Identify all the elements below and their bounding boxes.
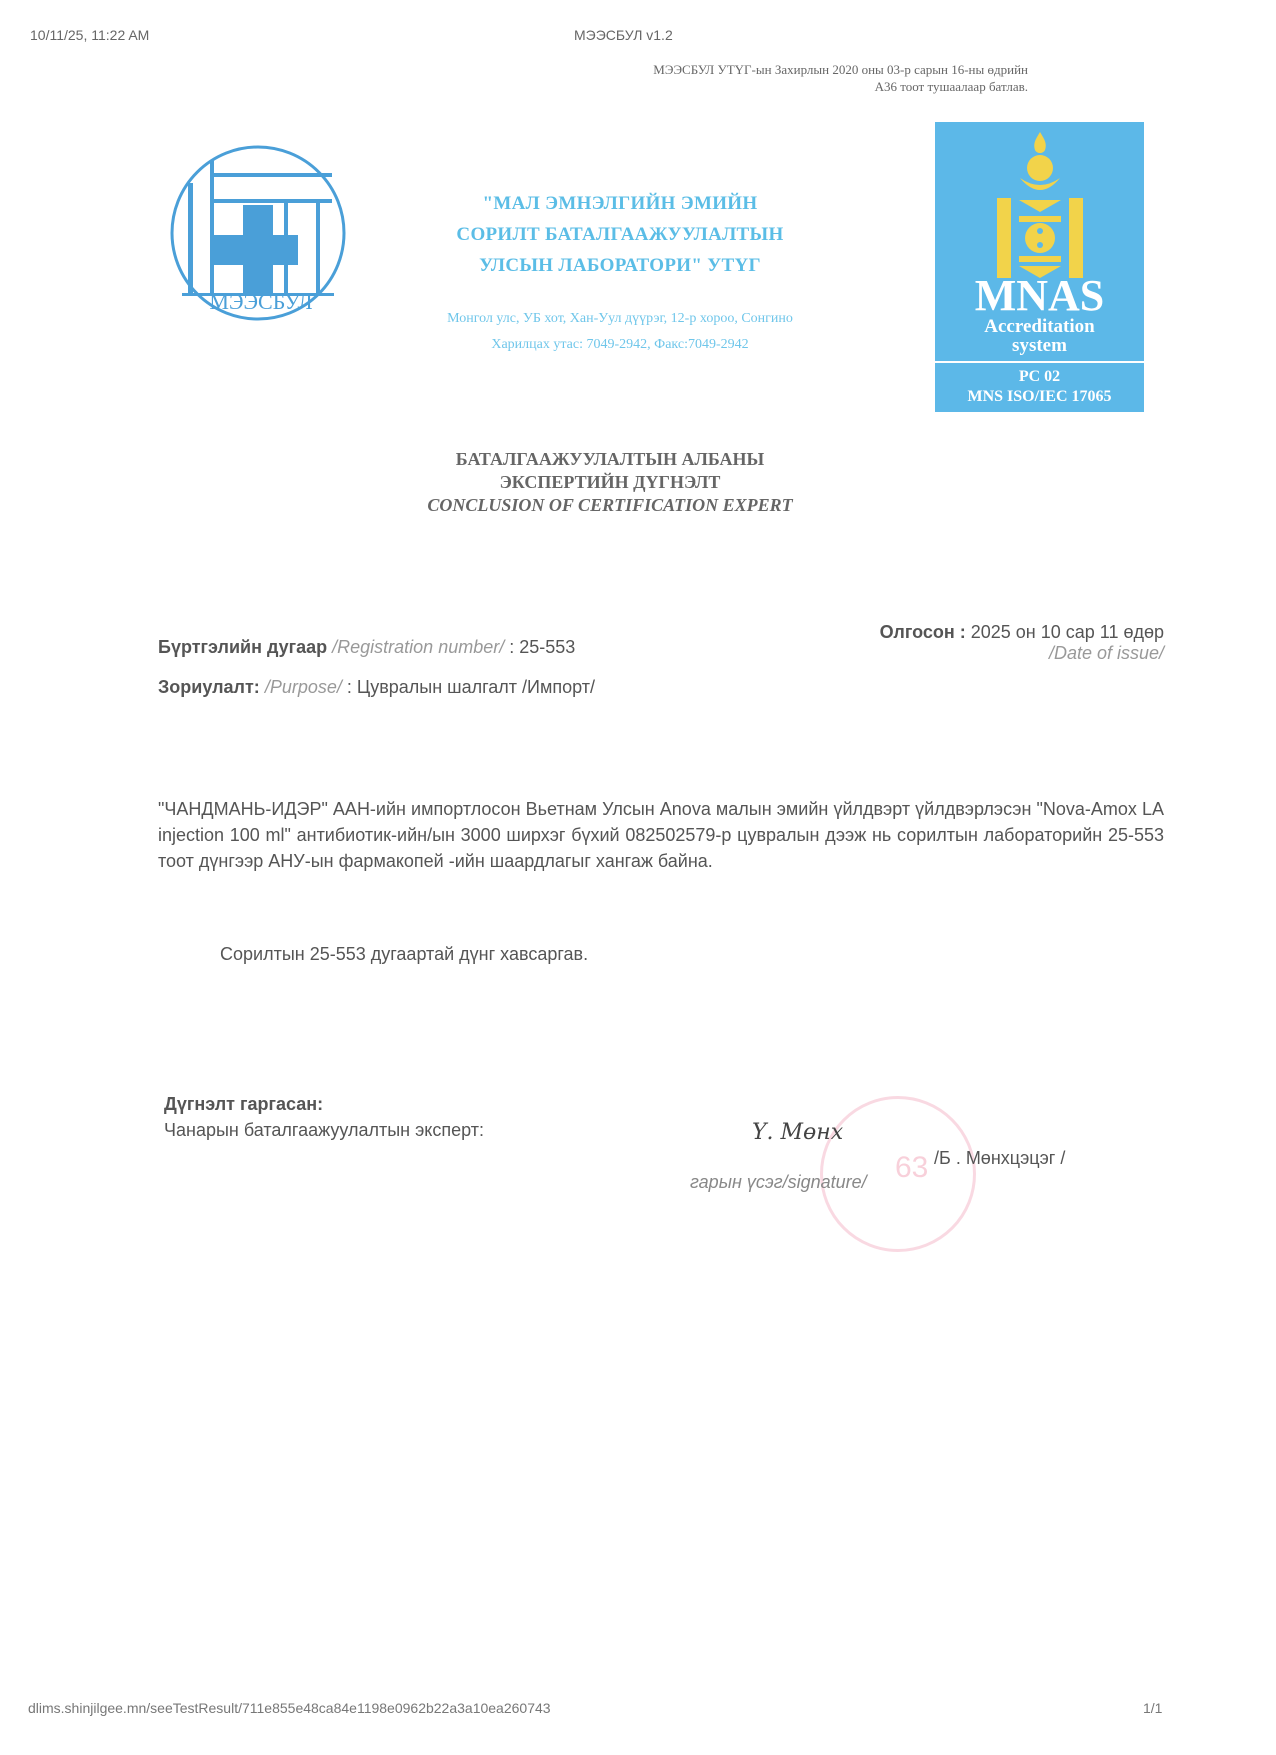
document-title: БАТАЛГААЖУУЛАЛТЫН АЛБАНЫ ЭКСПЕРТИЙН ДҮГН… [340,448,880,517]
page-number: 1/1 [1143,1700,1162,1716]
mnas-code: PC 02 [935,368,1144,386]
expert-role: Чанарын баталгаажуулалтын эксперт: [164,1120,484,1141]
mnas-accreditation-badge: MNAS Accreditation system PC 02 MNS ISO/… [935,122,1144,412]
purpose-label: Зориулалт: [158,677,260,697]
issued-label: Олгосон : [880,622,966,642]
issued-label-en: /Date of issue/ [1049,643,1164,663]
organization-logo: МЭЭСБУЛ [168,143,348,323]
org-phone-fax: Харилцах утас: 7049-2942, Факс:7049-2942 [400,332,840,358]
mnas-line2: system [935,336,1144,356]
registration-label-en: /Registration number/ [332,637,504,657]
signature-heading: Дүгнэлт гаргасан: [164,1094,323,1115]
mnas-name: MNAS [935,272,1144,320]
organization-contact: Монгол улс, УБ хот, Хан-Уул дүүрэг, 12-р… [400,306,840,358]
ministry-note-line2: А36 тоот тушаалаар батлав. [653,78,1028,95]
org-address: Монгол улс, УБ хот, Хан-Уул дүүрэг, 12-р… [400,306,840,332]
issued-value: 2025 он 10 сар 11 өдөр [971,622,1164,642]
conclusion-paragraph: "ЧАНДМАНЬ-ИДЭР" ААН-ийн импортлосон Вьет… [158,796,1164,874]
print-datetime: 10/11/25, 11:22 AM [30,27,149,43]
signature-caption: гарын үсэг/signature/ [690,1172,867,1193]
purpose-value: : Цувралын шалгалт /Импорт/ [347,677,595,697]
registration-value: : 25-553 [509,637,575,657]
expert-name: /Б . Мөнхцэцэг / [934,1148,1065,1169]
print-page-title: МЭЭСБУЛ v1.2 [574,27,673,43]
logo-label: МЭЭСБУЛ [186,289,336,315]
mnas-line1: Accreditation [935,317,1144,337]
organization-name: "МАЛ ЭМНЭЛГИЙН ЭМИЙН СОРИЛТ БАТАЛГААЖУУЛ… [420,188,820,281]
org-name-line2: СОРИЛТ БАТАЛГААЖУУЛАЛТЫН [420,219,820,250]
title-line1: БАТАЛГААЖУУЛАЛТЫН АЛБАНЫ [340,448,880,471]
ministry-approval-note: МЭЭСБУЛ УТҮГ-ын Захирлын 2020 оны 03-р с… [653,61,1028,95]
handwritten-signature: Ү. Мөнх [752,1120,843,1145]
registration-number-field: Бүртгэлийн дугаар /Registration number/ … [158,637,575,658]
mnas-divider [935,361,1144,363]
mnas-standard: MNS ISO/IEC 17065 [935,388,1144,406]
soyombo-icon [995,130,1085,280]
title-line2: ЭКСПЕРТИЙН ДҮГНЭЛТ [340,471,880,494]
purpose-label-en: /Purpose/ [265,677,342,697]
org-name-line3: УЛСЫН ЛАБОРАТОРИ" УТҮГ [420,250,820,281]
attachment-note: Сорилтын 25-553 дугаартай дүнг хавсаргав… [220,941,588,967]
registration-label: Бүртгэлийн дугаар [158,637,327,657]
purpose-field: Зориулалт: /Purpose/ : Цувралын шалгалт … [158,677,595,698]
source-url: dlims.shinjilgee.mn/seeTestResult/711e85… [28,1700,551,1716]
org-name-line1: "МАЛ ЭМНЭЛГИЙН ЭМИЙН [420,188,820,219]
issue-date-field: Олгосон : 2025 он 10 сар 11 өдөр /Date o… [880,622,1164,664]
ministry-note-line1: МЭЭСБУЛ УТҮГ-ын Захирлын 2020 оны 03-р с… [653,61,1028,78]
stamp-number: 63 [895,1151,928,1185]
title-line3-english: CONCLUSION OF CERTIFICATION EXPERT [340,494,880,517]
